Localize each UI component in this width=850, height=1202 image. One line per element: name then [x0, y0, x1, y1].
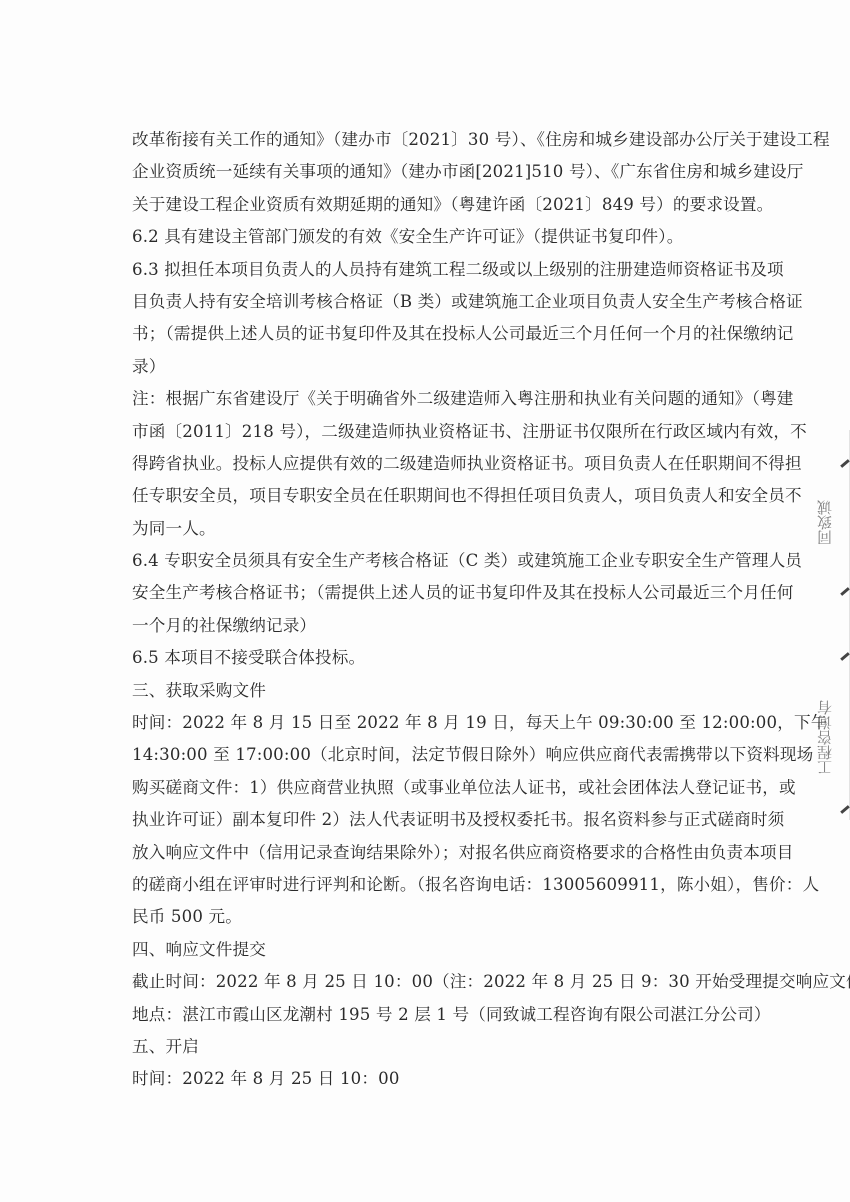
text-line: 任专职安全员，项目专职安全员在任职期间也不得担任项目负责人，项目负责人和安全员不	[132, 480, 712, 512]
clause-6-3: 6.3 拟担任本项目负责人的人员持有建筑工程二级或以上级别的注册建造师资格证书及…	[132, 254, 712, 286]
section-heading-3: 三、获取采购文件	[132, 675, 712, 707]
seal-fragment: 工程咨询有	[816, 640, 850, 775]
section-heading-4: 四、响应文件提交	[132, 934, 712, 966]
location-line: 地点：湛江市霞山区龙潮村 195 号 2 层 1 号（同致诚工程咨询有限公司湛江…	[132, 999, 712, 1031]
text-line: 时间：2022 年 8 月 15 日至 2022 年 8 月 19 日，每天上午…	[132, 707, 712, 739]
text-line: 改革衔接有关工作的通知》（建办市〔2021〕30 号）、《住房和城乡建设部办公厅…	[132, 124, 712, 156]
text-line: 一个月的社保缴纳记录）	[132, 610, 712, 642]
text-line: 放入响应文件中（信用记录查询结果除外）；对报名供应商资格要求的合格性由负责本项目	[132, 837, 712, 869]
text-line: 安全生产考核合格证书；（需提供上述人员的证书复印件及其在投标人公司最近三个月任何	[132, 577, 712, 609]
text-line: 目负责人持有安全培训考核合格证（B 类）或建筑施工企业项目负责人安全生产考核合格…	[132, 286, 712, 318]
text-line: 得跨省执业。投标人应提供有效的二级建造师执业资格证书。项目负责人在任职期间不得担	[132, 448, 712, 480]
text-line: 录）	[132, 351, 712, 383]
document-body: 改革衔接有关工作的通知》（建办市〔2021〕30 号）、《住房和城乡建设部办公厅…	[132, 124, 712, 1096]
text-line: 的磋商小组在评审时进行评判和论断。（报名咨询电话：13005609911，陈小姐…	[132, 869, 712, 901]
document-page: 改革衔接有关工作的通知》（建办市〔2021〕30 号）、《住房和城乡建设部办公厅…	[0, 0, 850, 1202]
text-line: 关于建设工程企业资质有效期延期的通知》（粤建许函〔2021〕849 号）的要求设…	[132, 189, 712, 221]
opening-time-line: 时间：2022 年 8 月 25 日 10：00	[132, 1063, 712, 1095]
clause-6-5: 6.5 本项目不接受联合体投标。	[132, 642, 712, 674]
text-line: 购买磋商文件：1）供应商营业执照（或事业单位法人证书，或社会团体法人登记证书，或	[132, 772, 712, 804]
text-line: 为同一人。	[132, 513, 712, 545]
text-line: 书；（需提供上述人员的证书复印件及其在投标人公司最近三个月任何一个月的社保缴纳记	[132, 318, 712, 350]
deadline-line: 截止时间：2022 年 8 月 25 日 10：00（注：2022 年 8 月 …	[132, 966, 712, 998]
text-line: 市函〔2011〕218 号），二级建造师执业资格证书、注册证书仅限所在行政区域内…	[132, 416, 712, 448]
text-line: 执业许可证）副本复印件 2）法人代表证明书及授权委托书。报名资料参与正式磋商时须	[132, 804, 712, 836]
clause-6-4: 6.4 专职安全员须具有安全生产考核合格证（C 类）或建筑施工企业专职安全生产管…	[132, 545, 712, 577]
note-paragraph: 注：根据广东省建设厅《关于明确省外二级建造师入粤注册和执业有关问题的通知》（粤建	[132, 383, 712, 415]
clause-6-2: 6.2 具有建设主管部门颁发的有效《安全生产许可证》（提供证书复印件）。	[132, 221, 712, 253]
text-line: 14:30:00 至 17:00:00（北京时间，法定节假日除外）响应供应商代表…	[132, 739, 712, 771]
text-line: 企业资质统一延续有关事项的通知》（建办市函[2021]510 号）、《广东省住房…	[132, 156, 712, 188]
seal-fragment: 同致诚	[816, 455, 850, 545]
text-line: 民币 500 元。	[132, 901, 712, 933]
section-heading-5: 五、开启	[132, 1031, 712, 1063]
